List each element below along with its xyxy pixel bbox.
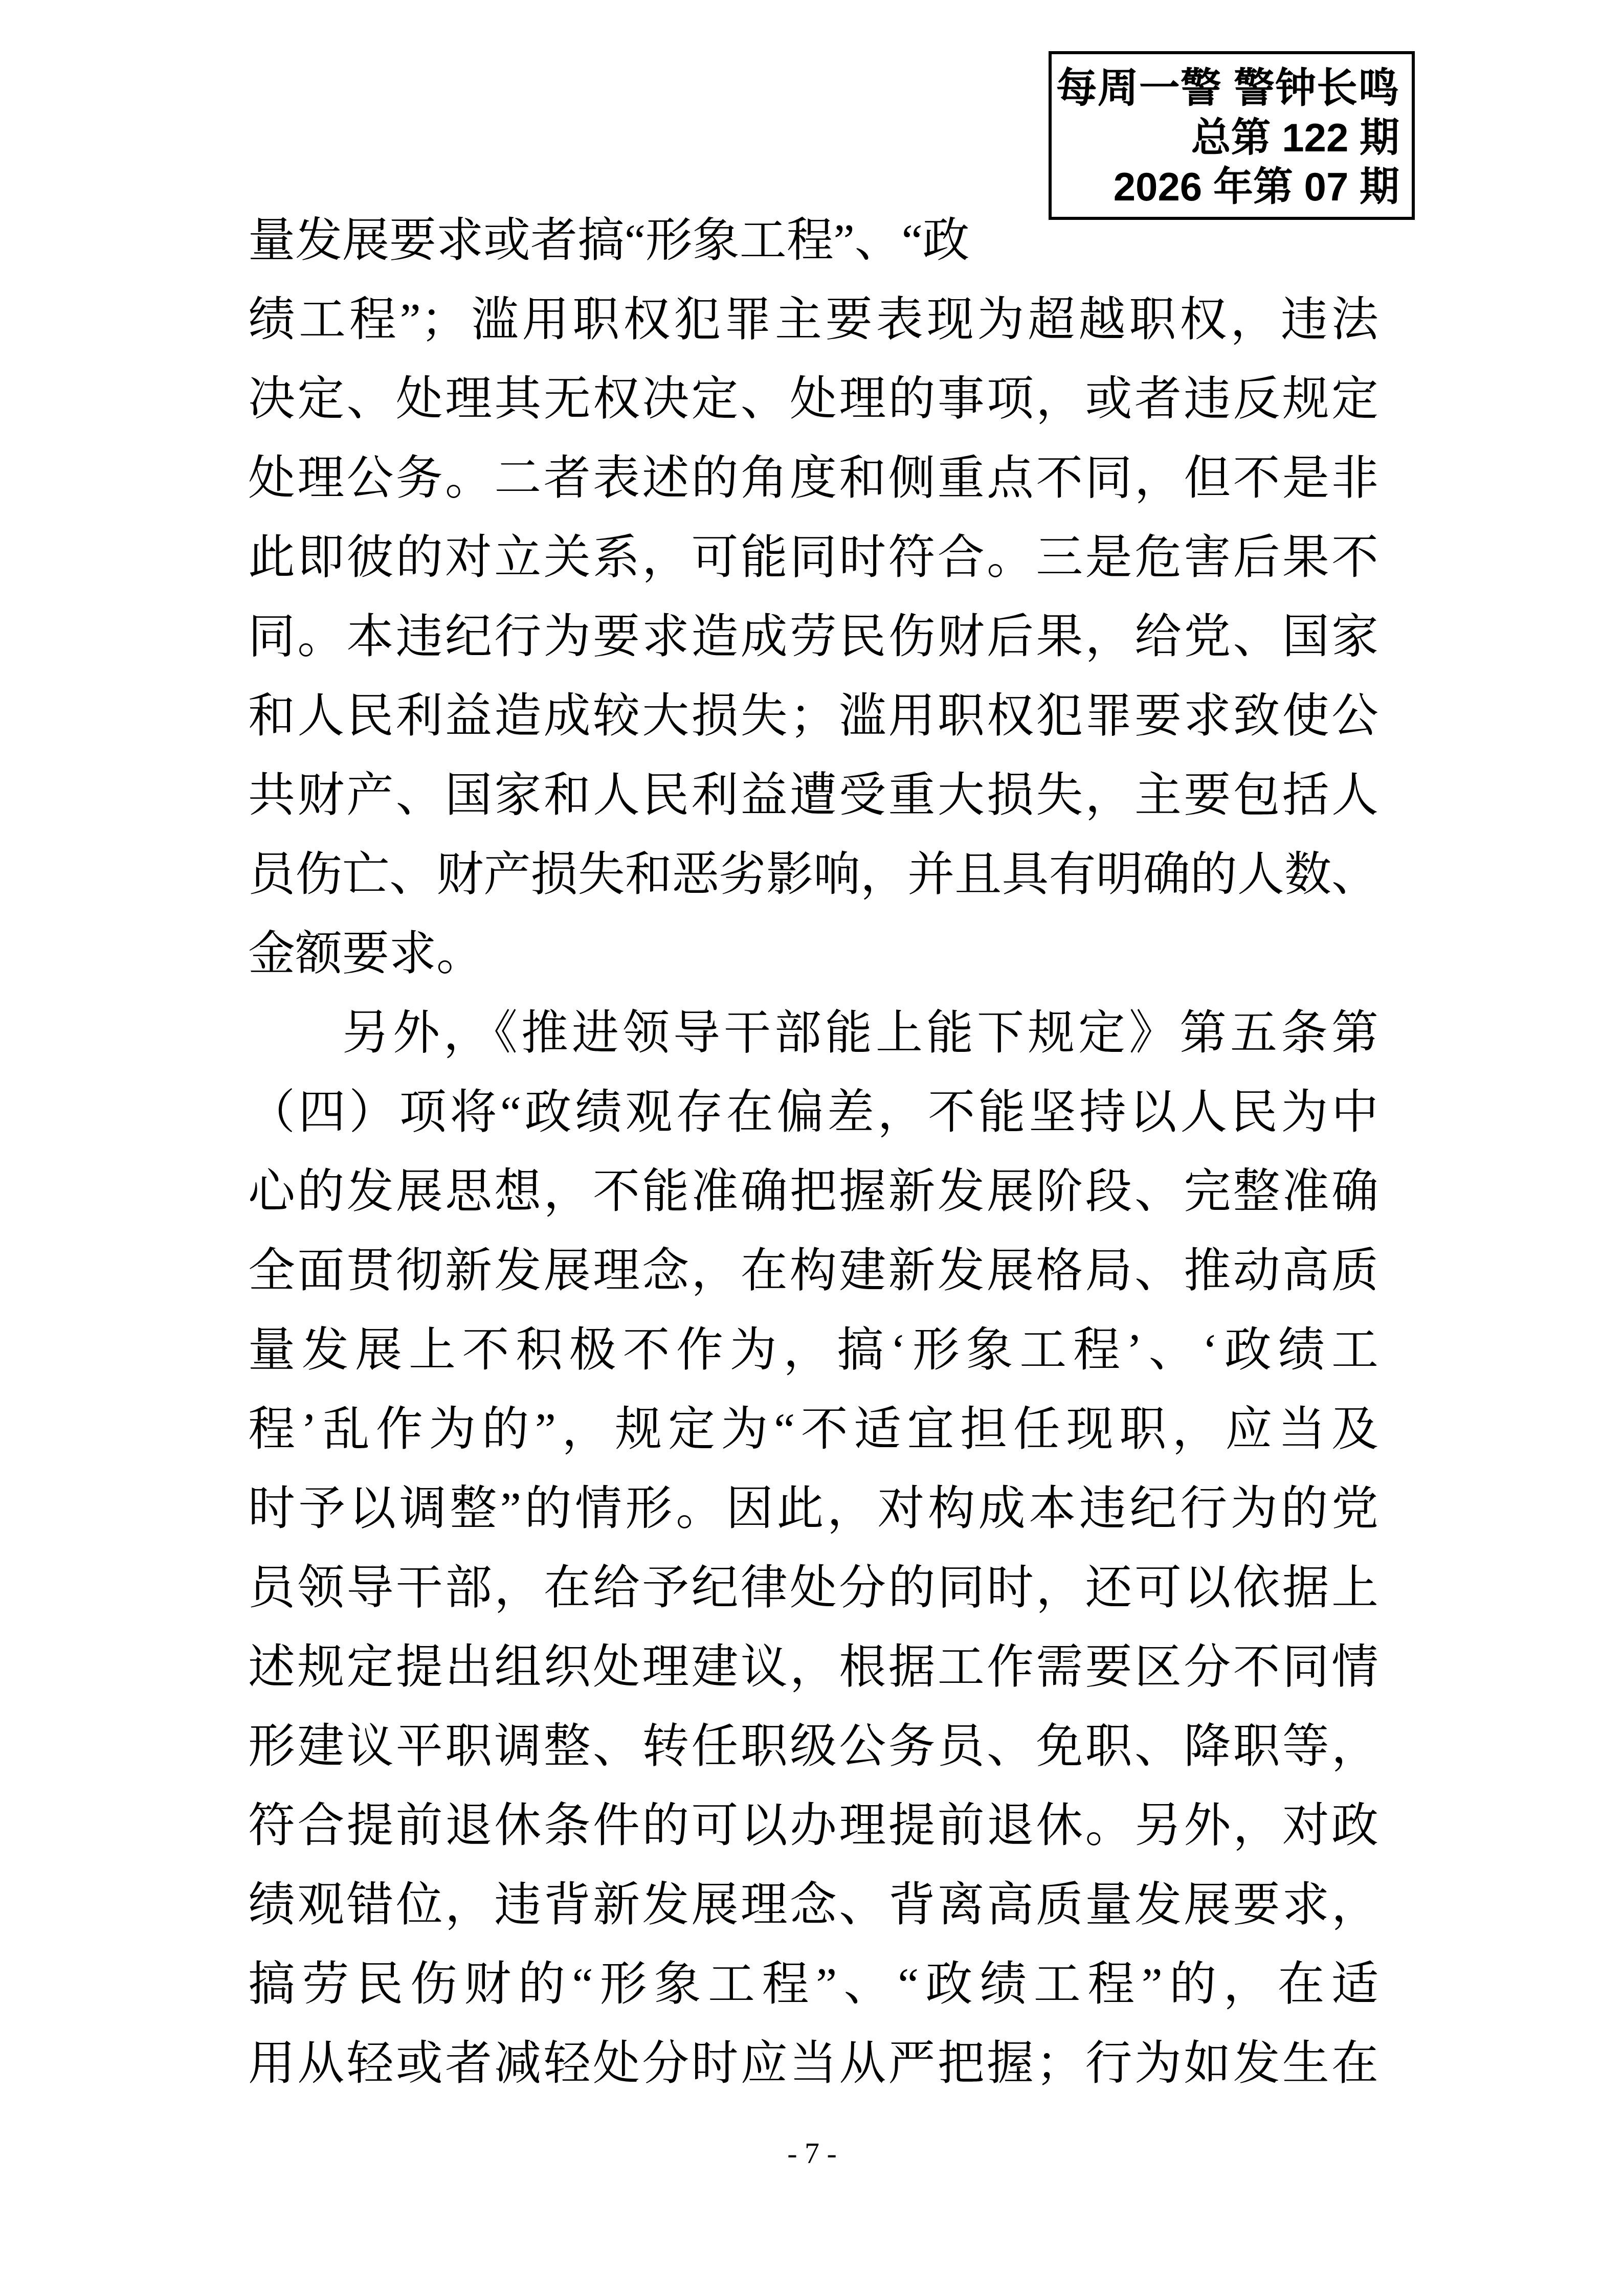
text-line-paragraph-start: 另外，《推进领导干部能上能下规定》第五条第 [248,994,1378,1073]
document-body: 量发展要求或者搞“形象工程”、“政 绩工程”；滥用职权犯罪主要表现为超越职权，违… [248,201,1378,2103]
text-line: 此即彼的对立关系，可能同时符合。三是危害后果不 [248,518,1378,597]
text-line: 程’乱作为的”，规定为“不适宜担任现职，应当及 [248,1390,1378,1469]
text-line: 量发展要求或者搞“形象工程”、“政 [248,201,1378,280]
text-line: 员领导干部，在给予纪律处分的同时，还可以依据上 [248,1548,1378,1628]
text-line: 符合提前退休条件的可以办理提前退休。另外，对政 [248,1786,1378,1865]
text-line: 金额要求。 [248,914,1378,994]
text-line: 绩观错位，违背新发展理念、背离高质量发展要求， [248,1865,1378,1945]
text-line: 处理公务。二者表述的角度和侧重点不同，但不是非 [248,439,1378,518]
text-line: 共财产、国家和人民利益遭受重大损失，主要包括人 [248,756,1378,835]
masthead-issue-total: 总第 122 期 [1191,118,1399,157]
text-line: 员伤亡、财产损失和恶劣影响，并且具有明确的人数、 [248,835,1378,914]
document-page: 每周一警 警钟长鸣 总第 122 期 2026 年第 07 期 量发展要求或者搞… [0,0,1624,2296]
text-line: 述规定提出组织处理建议，根据工作需要区分不同情 [248,1628,1378,1707]
text-line: 绩工程”；滥用职权犯罪主要表现为超越职权，违法 [248,280,1378,359]
text-line: 量发展上不积极不作为，搞‘形象工程’、‘政绩工 [248,1311,1378,1390]
text-line: 用从轻或者减轻处分时应当从严把握；行为如发生在 [248,2024,1378,2103]
masthead-box: 每周一警 警钟长鸣 总第 122 期 2026 年第 07 期 [1049,51,1415,220]
text-line: 时予以调整”的情形。因此，对构成本违纪行为的党 [248,1469,1378,1548]
text-line: 搞劳民伤财的“形象工程”、“政绩工程”的，在适 [248,1945,1378,2024]
text-line: 和人民利益造成较大损失；滥用职权犯罪要求致使公 [248,677,1378,756]
text-line: 决定、处理其无权决定、处理的事项，或者违反规定 [248,359,1378,439]
text-line: 形建议平职调整、转任职级公务员、免职、降职等， [248,1707,1378,1786]
text-line: 心的发展思想，不能准确把握新发展阶段、完整准确 [248,1152,1378,1231]
text-line: 全面贯彻新发展理念，在构建新发展格局、推动高质 [248,1231,1378,1311]
page-number: - 7 - [0,2135,1624,2171]
masthead-title: 每周一警 警钟长鸣 [1056,67,1399,108]
text-line: （四）项将“政绩观存在偏差，不能坚持以人民为中 [248,1073,1378,1152]
text-line: 同。本违纪行为要求造成劳民伤财后果，给党、国家 [248,597,1378,677]
